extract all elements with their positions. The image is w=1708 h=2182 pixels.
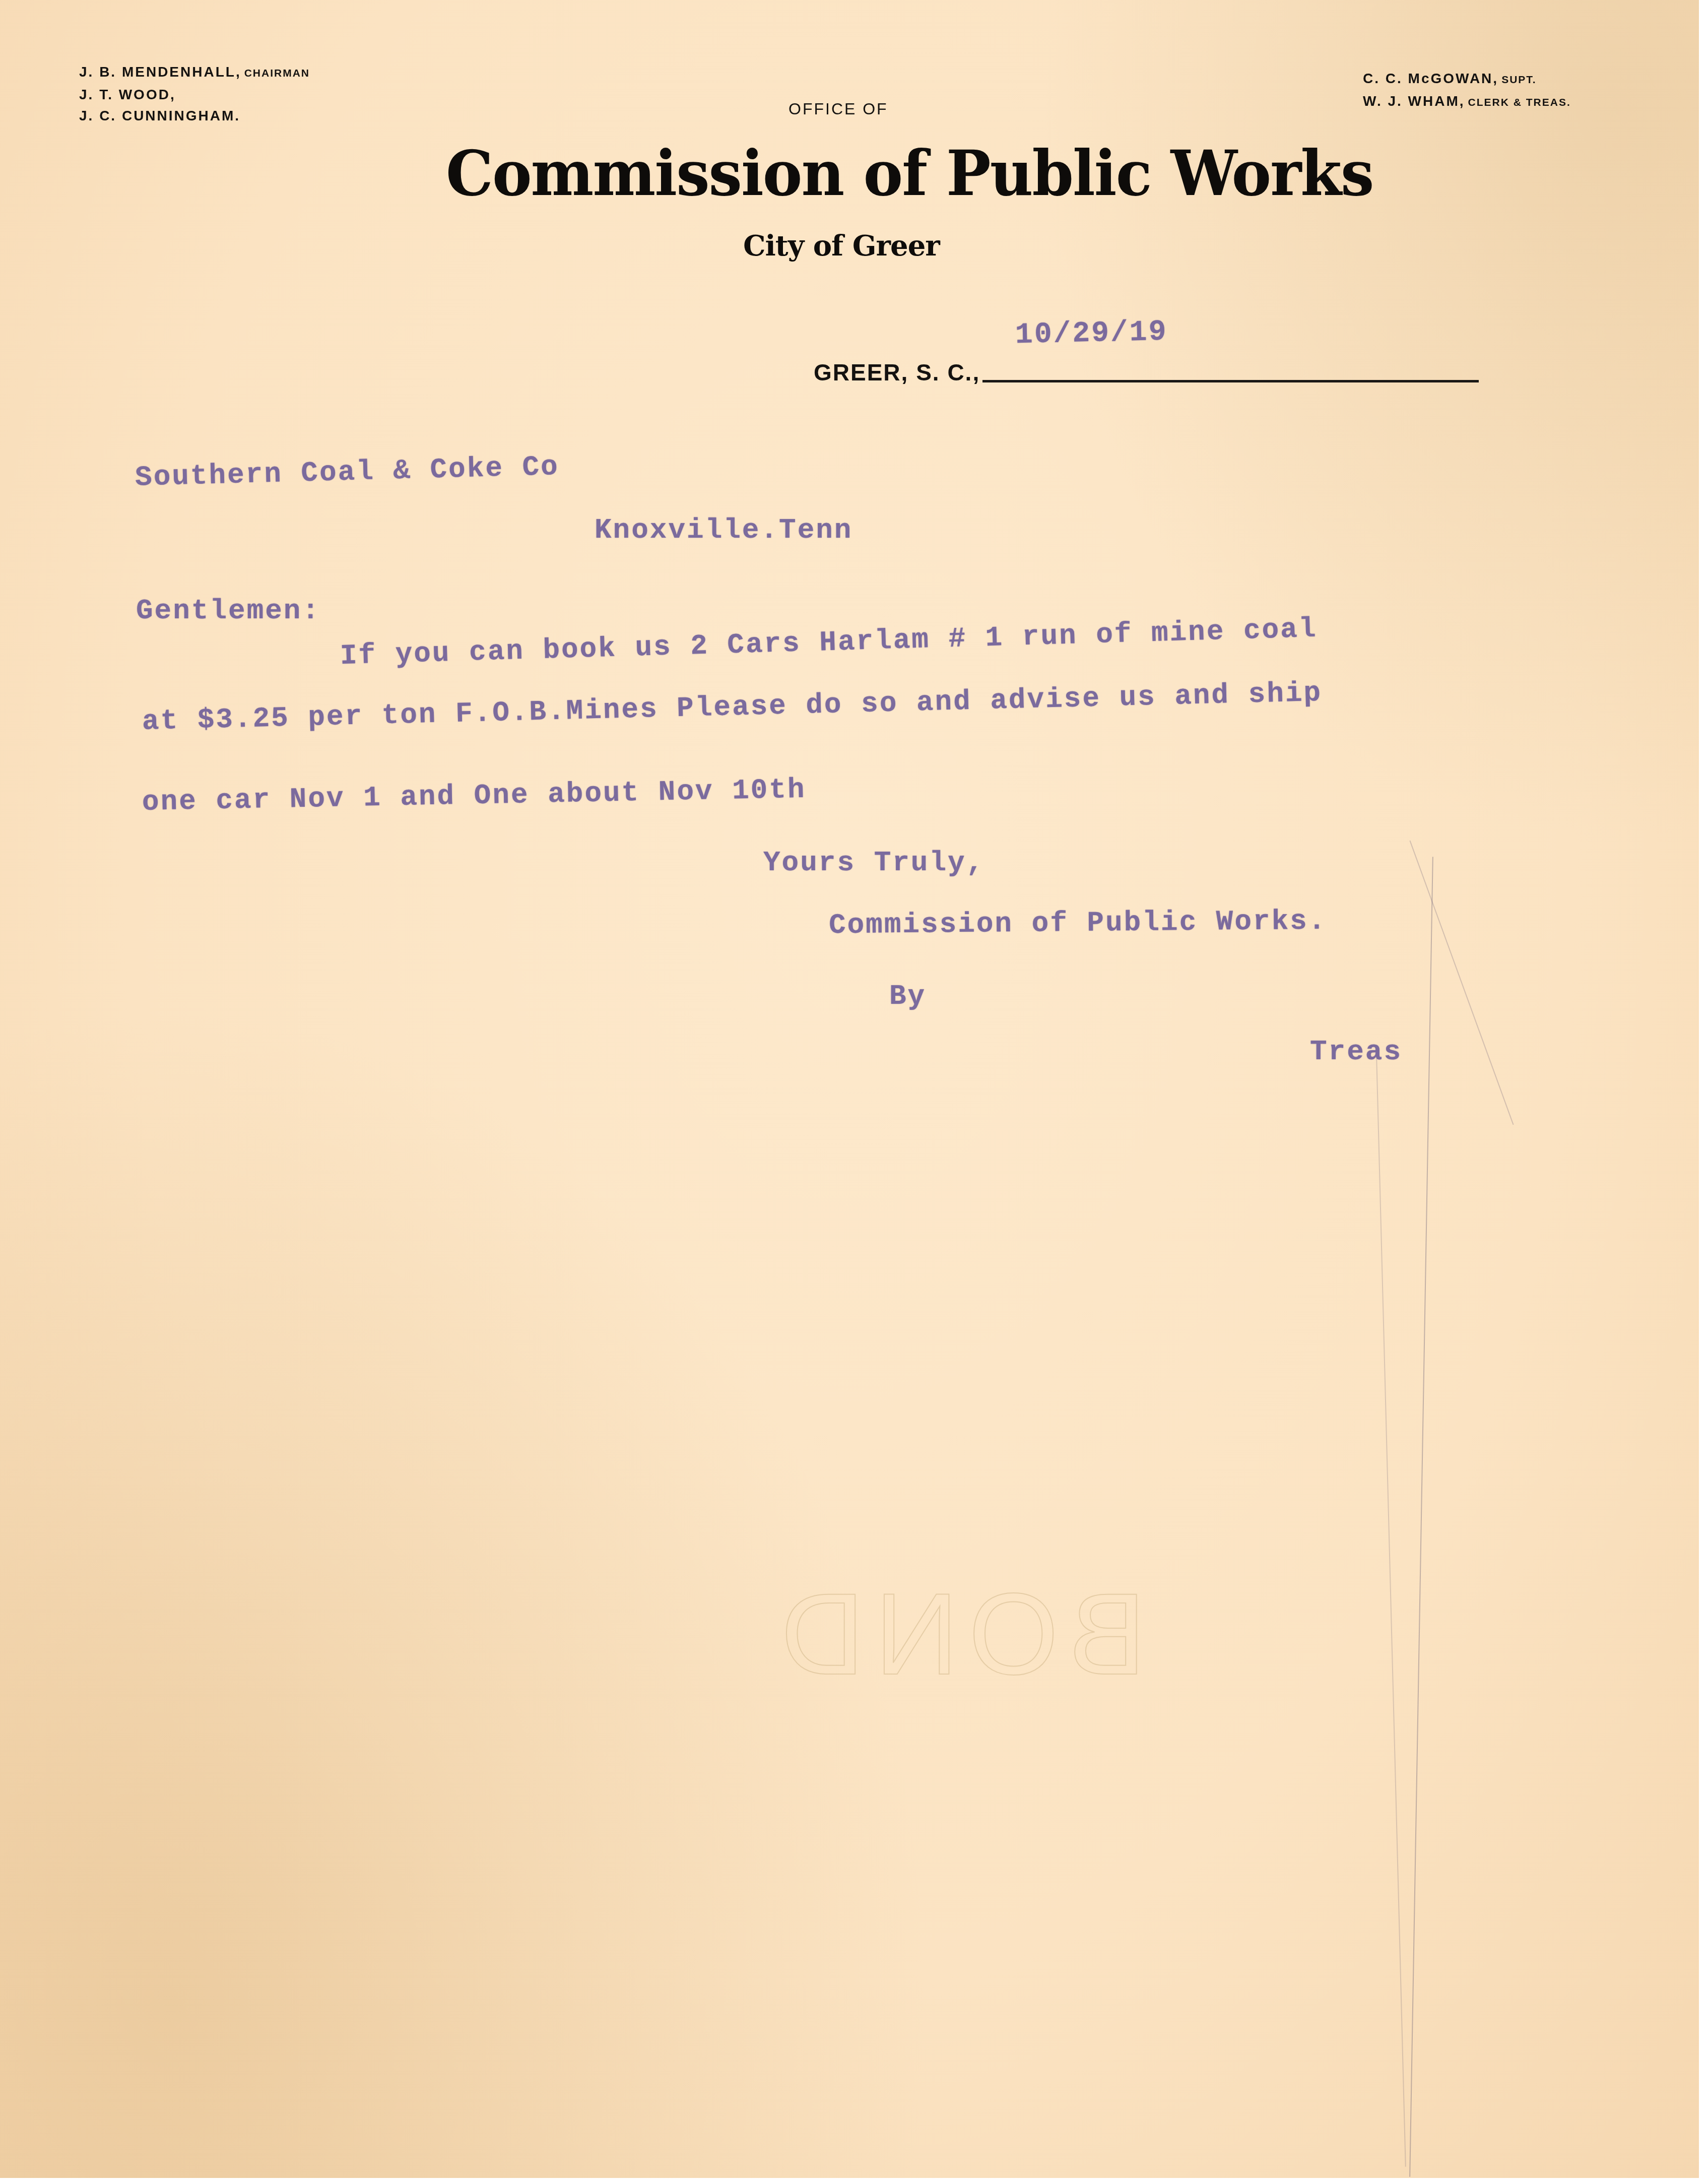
pencil-mark bbox=[1376, 1058, 1406, 2166]
signatory-title: Treas bbox=[1310, 1036, 1402, 1068]
by-label: By bbox=[889, 980, 926, 1012]
officer-line: J. B. MENDENHALL,CHAIRMAN bbox=[79, 61, 310, 84]
officer-name: J. B. MENDENHALL, bbox=[79, 64, 241, 80]
right-officers-list: C. C. McGOWAN,SUPT. W. J. WHAM,CLERK & T… bbox=[1363, 68, 1571, 113]
officer-name: W. J. WHAM, bbox=[1363, 93, 1465, 109]
place-label: GREER, S. C., bbox=[814, 359, 980, 386]
letter-date: 10/29/19 bbox=[1015, 316, 1168, 352]
officer-name: J. C. CUNNINGHAM. bbox=[79, 108, 240, 123]
closing: Yours Truly, bbox=[763, 847, 984, 879]
organization-title: Commission of Public Works bbox=[446, 136, 1373, 210]
officer-line: J. C. CUNNINGHAM. bbox=[79, 105, 310, 126]
salutation: Gentlemen: bbox=[136, 595, 320, 627]
pencil-mark bbox=[1409, 841, 1514, 1125]
officer-title: CHAIRMAN bbox=[244, 68, 310, 79]
paper-watermark: BOND bbox=[771, 1567, 1146, 1701]
officer-title: SUPT. bbox=[1501, 74, 1537, 86]
addressee-name: Southern Coal & Coke Co bbox=[135, 451, 559, 494]
officer-name: C. C. McGOWAN, bbox=[1363, 71, 1498, 86]
addressee-location: Knoxville.Tenn bbox=[595, 514, 852, 546]
body-line: one car Nov 1 and One about Nov 10th bbox=[142, 774, 806, 818]
pencil-mark bbox=[1409, 857, 1433, 2177]
body-line: If you can book us 2 Cars Harlam # 1 run… bbox=[340, 613, 1318, 672]
date-underline bbox=[982, 380, 1479, 382]
body-line: at $3.25 per ton F.O.B.Mines Please do s… bbox=[142, 677, 1323, 738]
officer-title: CLERK & TREAS. bbox=[1468, 97, 1571, 108]
officer-line: J. T. WOOD, bbox=[79, 84, 310, 105]
officer-line: W. J. WHAM,CLERK & TREAS. bbox=[1363, 91, 1571, 113]
office-of-label: OFFICE OF bbox=[789, 100, 888, 118]
left-officers-list: J. B. MENDENHALL,CHAIRMAN J. T. WOOD, J.… bbox=[79, 61, 310, 126]
signature-organization: Commission of Public Works. bbox=[829, 905, 1327, 942]
letter-page: J. B. MENDENHALL,CHAIRMAN J. T. WOOD, J.… bbox=[0, 0, 1699, 2178]
officer-name: J. T. WOOD, bbox=[79, 87, 176, 102]
city-subtitle: City of Greer bbox=[743, 229, 940, 263]
officer-line: C. C. McGOWAN,SUPT. bbox=[1363, 68, 1571, 91]
